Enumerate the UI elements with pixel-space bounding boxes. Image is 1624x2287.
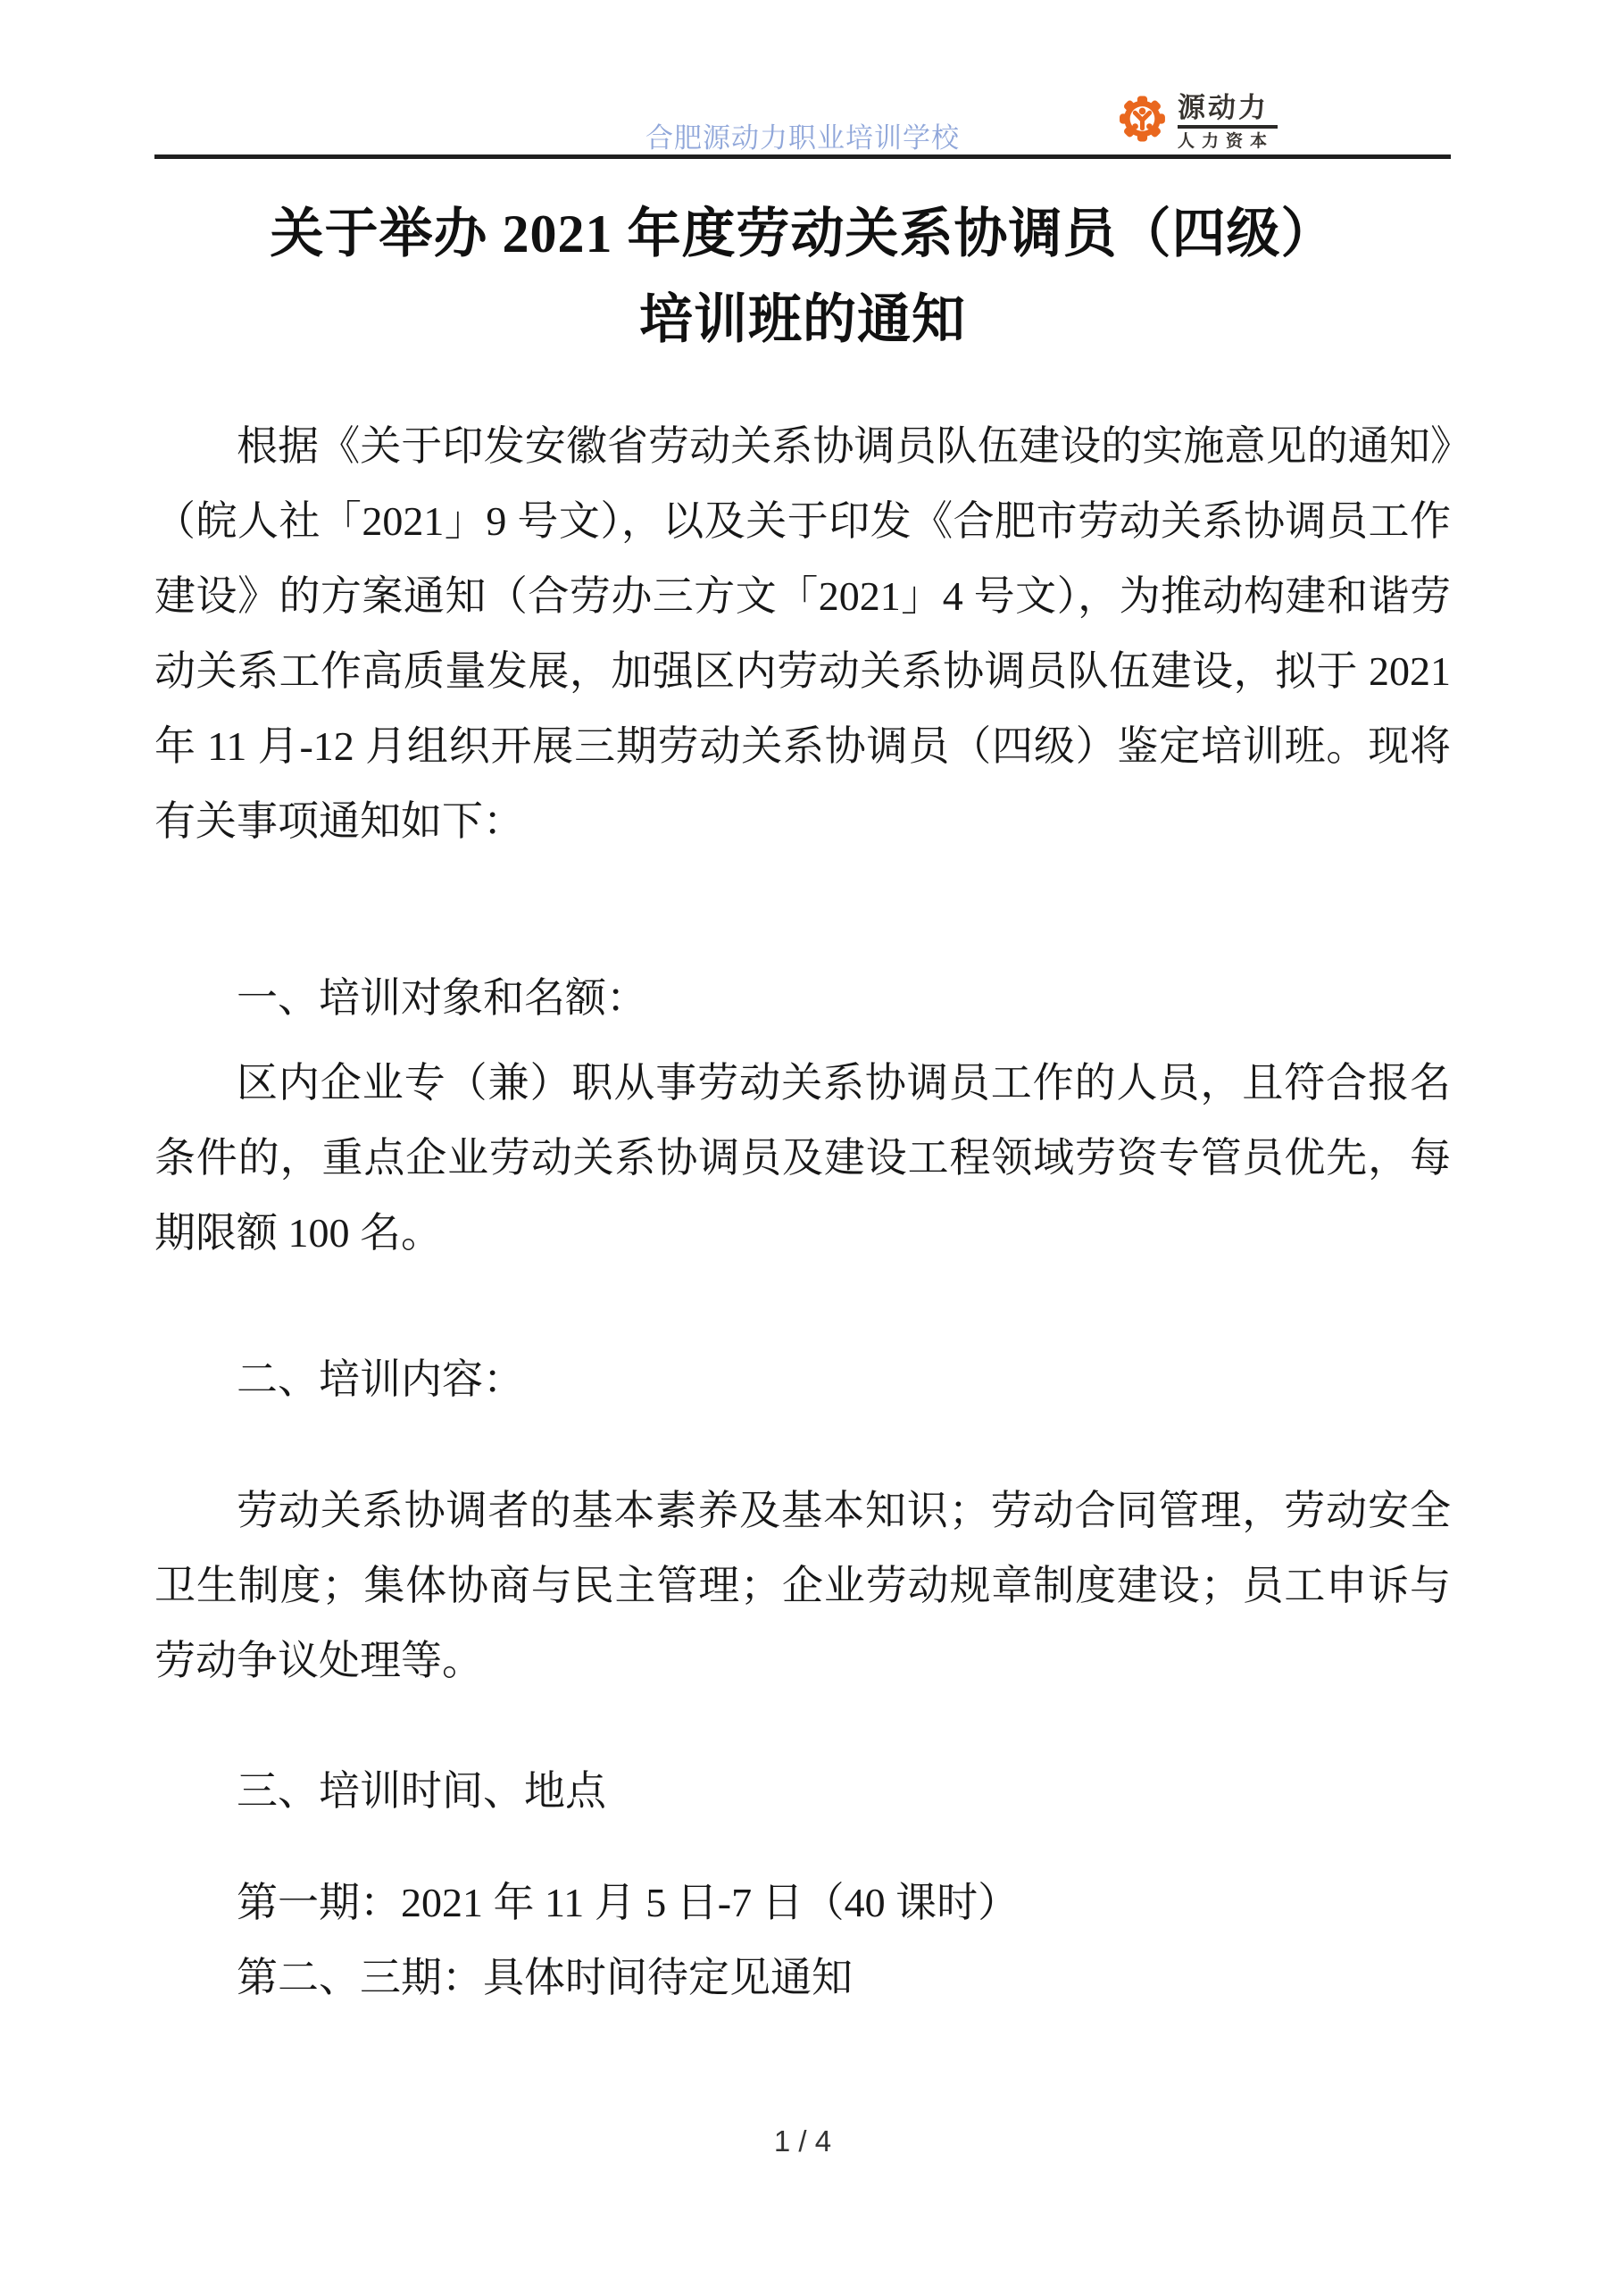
section1-heading: 一、培训对象和名额： — [154, 961, 1451, 1036]
page-number-indicator: 1 / 4 — [154, 2124, 1451, 2159]
section3-heading: 三、培训时间、地点 — [154, 1754, 1451, 1829]
document-title-line2: 培训班的通知 — [154, 277, 1451, 363]
section1-paragraph: 区内企业专（兼）职从事劳动关系协调员工作的人员，且符合报名条件的，重点企业劳动关… — [154, 1046, 1451, 1271]
section2-heading: 二、培训内容： — [154, 1342, 1451, 1417]
schedule-line-2: 第二、三期：具体时间待定见通知 — [154, 1941, 1451, 2016]
document-content: 关于举办 2021 年度劳动关系协调员（四级） 培训班的通知 根据《关于印发安徽… — [154, 0, 1451, 2016]
schedule-line-1: 第一期：2021 年 11 月 5 日-7 日（40 课时） — [154, 1865, 1451, 1941]
document-page: 合肥源动力职业培训学校 — [0, 0, 1624, 2287]
intro-paragraph: 根据《关于印发安徽省劳动关系协调员队伍建设的实施意见的通知》（皖人社「2021」… — [154, 409, 1451, 859]
document-title-line1: 关于举办 2021 年度劳动关系协调员（四级） — [154, 191, 1451, 277]
document-title: 关于举办 2021 年度劳动关系协调员（四级） 培训班的通知 — [154, 191, 1451, 363]
section2-paragraph: 劳动关系协调者的基本素养及基本知识；劳动合同管理，劳动安全卫生制度；集体协商与民… — [154, 1473, 1451, 1699]
